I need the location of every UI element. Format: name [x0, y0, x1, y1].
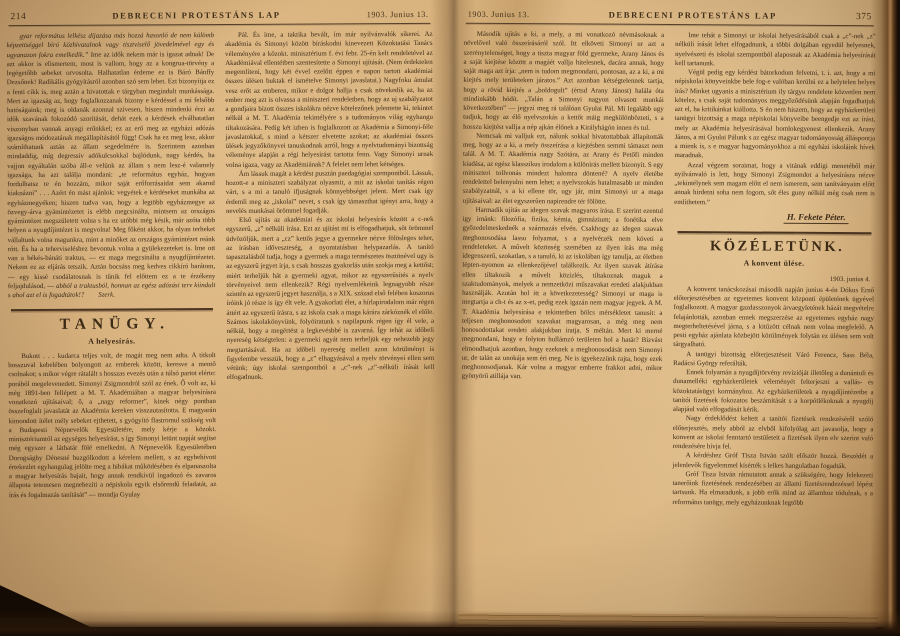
- right-masthead-rule: [466, 23, 874, 26]
- article-paragraph: Gróf Tisza István rámutatott annak a szü…: [672, 470, 873, 508]
- article-paragraph: Ime tehát a Simonyi ur iskolai helyesírá…: [675, 31, 876, 69]
- article-paragraph: Végül pedig egy kérdést bátorkodom felve…: [674, 68, 875, 162]
- article-paragraph: Azzal végzem soraimat, hogy a vitának ed…: [674, 161, 875, 208]
- left-page-masthead: 214 DEBRECENI PROTESTÁNS LAP 1903. Juniu…: [6, 7, 432, 22]
- continuation-paragraph: gyar református lelkész díjazása más hoz…: [7, 31, 216, 300]
- article-subtitle-helyesiras: A helyesírás.: [8, 336, 216, 346]
- article-paragraph: A kérdéshez Gróf Tisza István szólt elős…: [673, 451, 874, 471]
- article-paragraph: Harmadik ujítás az idegen szavak magyaro…: [462, 205, 664, 382]
- section-heading-kozeletunk: KÖZÉLETÜNK.: [674, 242, 875, 252]
- left-page-column-2: Pál. És íme, a taktika bevált, ím már ny…: [225, 30, 435, 499]
- author-signature: H. Fekete Péter.: [784, 211, 849, 223]
- left-page: 214 DEBRECENI PROTESTÁNS LAP 1903. Juniu…: [0, 0, 450, 628]
- left-page-number: 214: [10, 12, 26, 22]
- article-paragraph: Nemcsak mi valljuk ezt, nálunk sokkal hi…: [463, 131, 664, 206]
- article-paragraph: A konvent tanácskozásai második napján j…: [673, 285, 874, 351]
- article-paragraph: Ám lássuk magát a kérdést pusztán paedag…: [226, 169, 434, 216]
- article-paragraph: Ennek folyamán a nyugdíjtörvény revíziój…: [673, 368, 874, 415]
- article-paragraph: A tanügyi bizottság előterjesztéseit Vár…: [673, 350, 874, 370]
- right-page-column-1: Második ujítás a ki, a mely, a mi vonatk…: [461, 30, 664, 507]
- section-separator-rule: [11, 308, 213, 311]
- section-heading-tanugy: TANÜGY.: [8, 319, 216, 329]
- right-masthead-title: DEBRECENI PROTESTÁNS LAP: [609, 10, 777, 21]
- section-separator-rule: [677, 231, 872, 234]
- left-page-column-1: gyar református lelkész díjazása más hoz…: [7, 31, 217, 500]
- author-signature-line: H. Fekete Péter.: [674, 212, 849, 223]
- editor-signature: Szerk.: [98, 292, 115, 299]
- right-page-column-2: Ime tehát a Simonyi ur iskolai helyesírá…: [672, 31, 875, 508]
- article-paragraph: Nagy érdeklődést keltett a tanítói fizet…: [673, 414, 874, 452]
- left-masthead-rule: [8, 23, 430, 26]
- left-masthead-date: 1903. Junius 13.: [367, 10, 429, 19]
- right-page-number: 375: [856, 12, 872, 22]
- left-masthead-title: DEBRECENI PROTESTÁNS LAP: [112, 10, 280, 21]
- right-page-masthead: 1903. Junius 13. DEBRECENI PROTESTÁNS LA…: [464, 7, 876, 23]
- right-masthead-date: 1903. Junius 13.: [468, 10, 530, 19]
- right-page: 1903. Junius 13. DEBRECENI PROTESTÁNS LA…: [448, 0, 892, 628]
- article-paragraph: Második ujítás a ki, a mely, a mi vonatk…: [463, 30, 664, 133]
- article-dateline: 1903. junius 4.: [674, 274, 871, 284]
- paragraph-body: Ime az idők nekem már is igazat adnak! D…: [7, 51, 216, 290]
- article-paragraph: Első ujítás az akadémiai és az iskolai h…: [226, 215, 434, 383]
- article-paragraph: Pál. És íme, a taktika bevált, ím már ny…: [225, 30, 433, 170]
- article-subtitle-konvent: A konvent ülése.: [674, 258, 875, 268]
- article-paragraph: Bukott . . . kudarca teljes volt, de mag…: [8, 351, 216, 500]
